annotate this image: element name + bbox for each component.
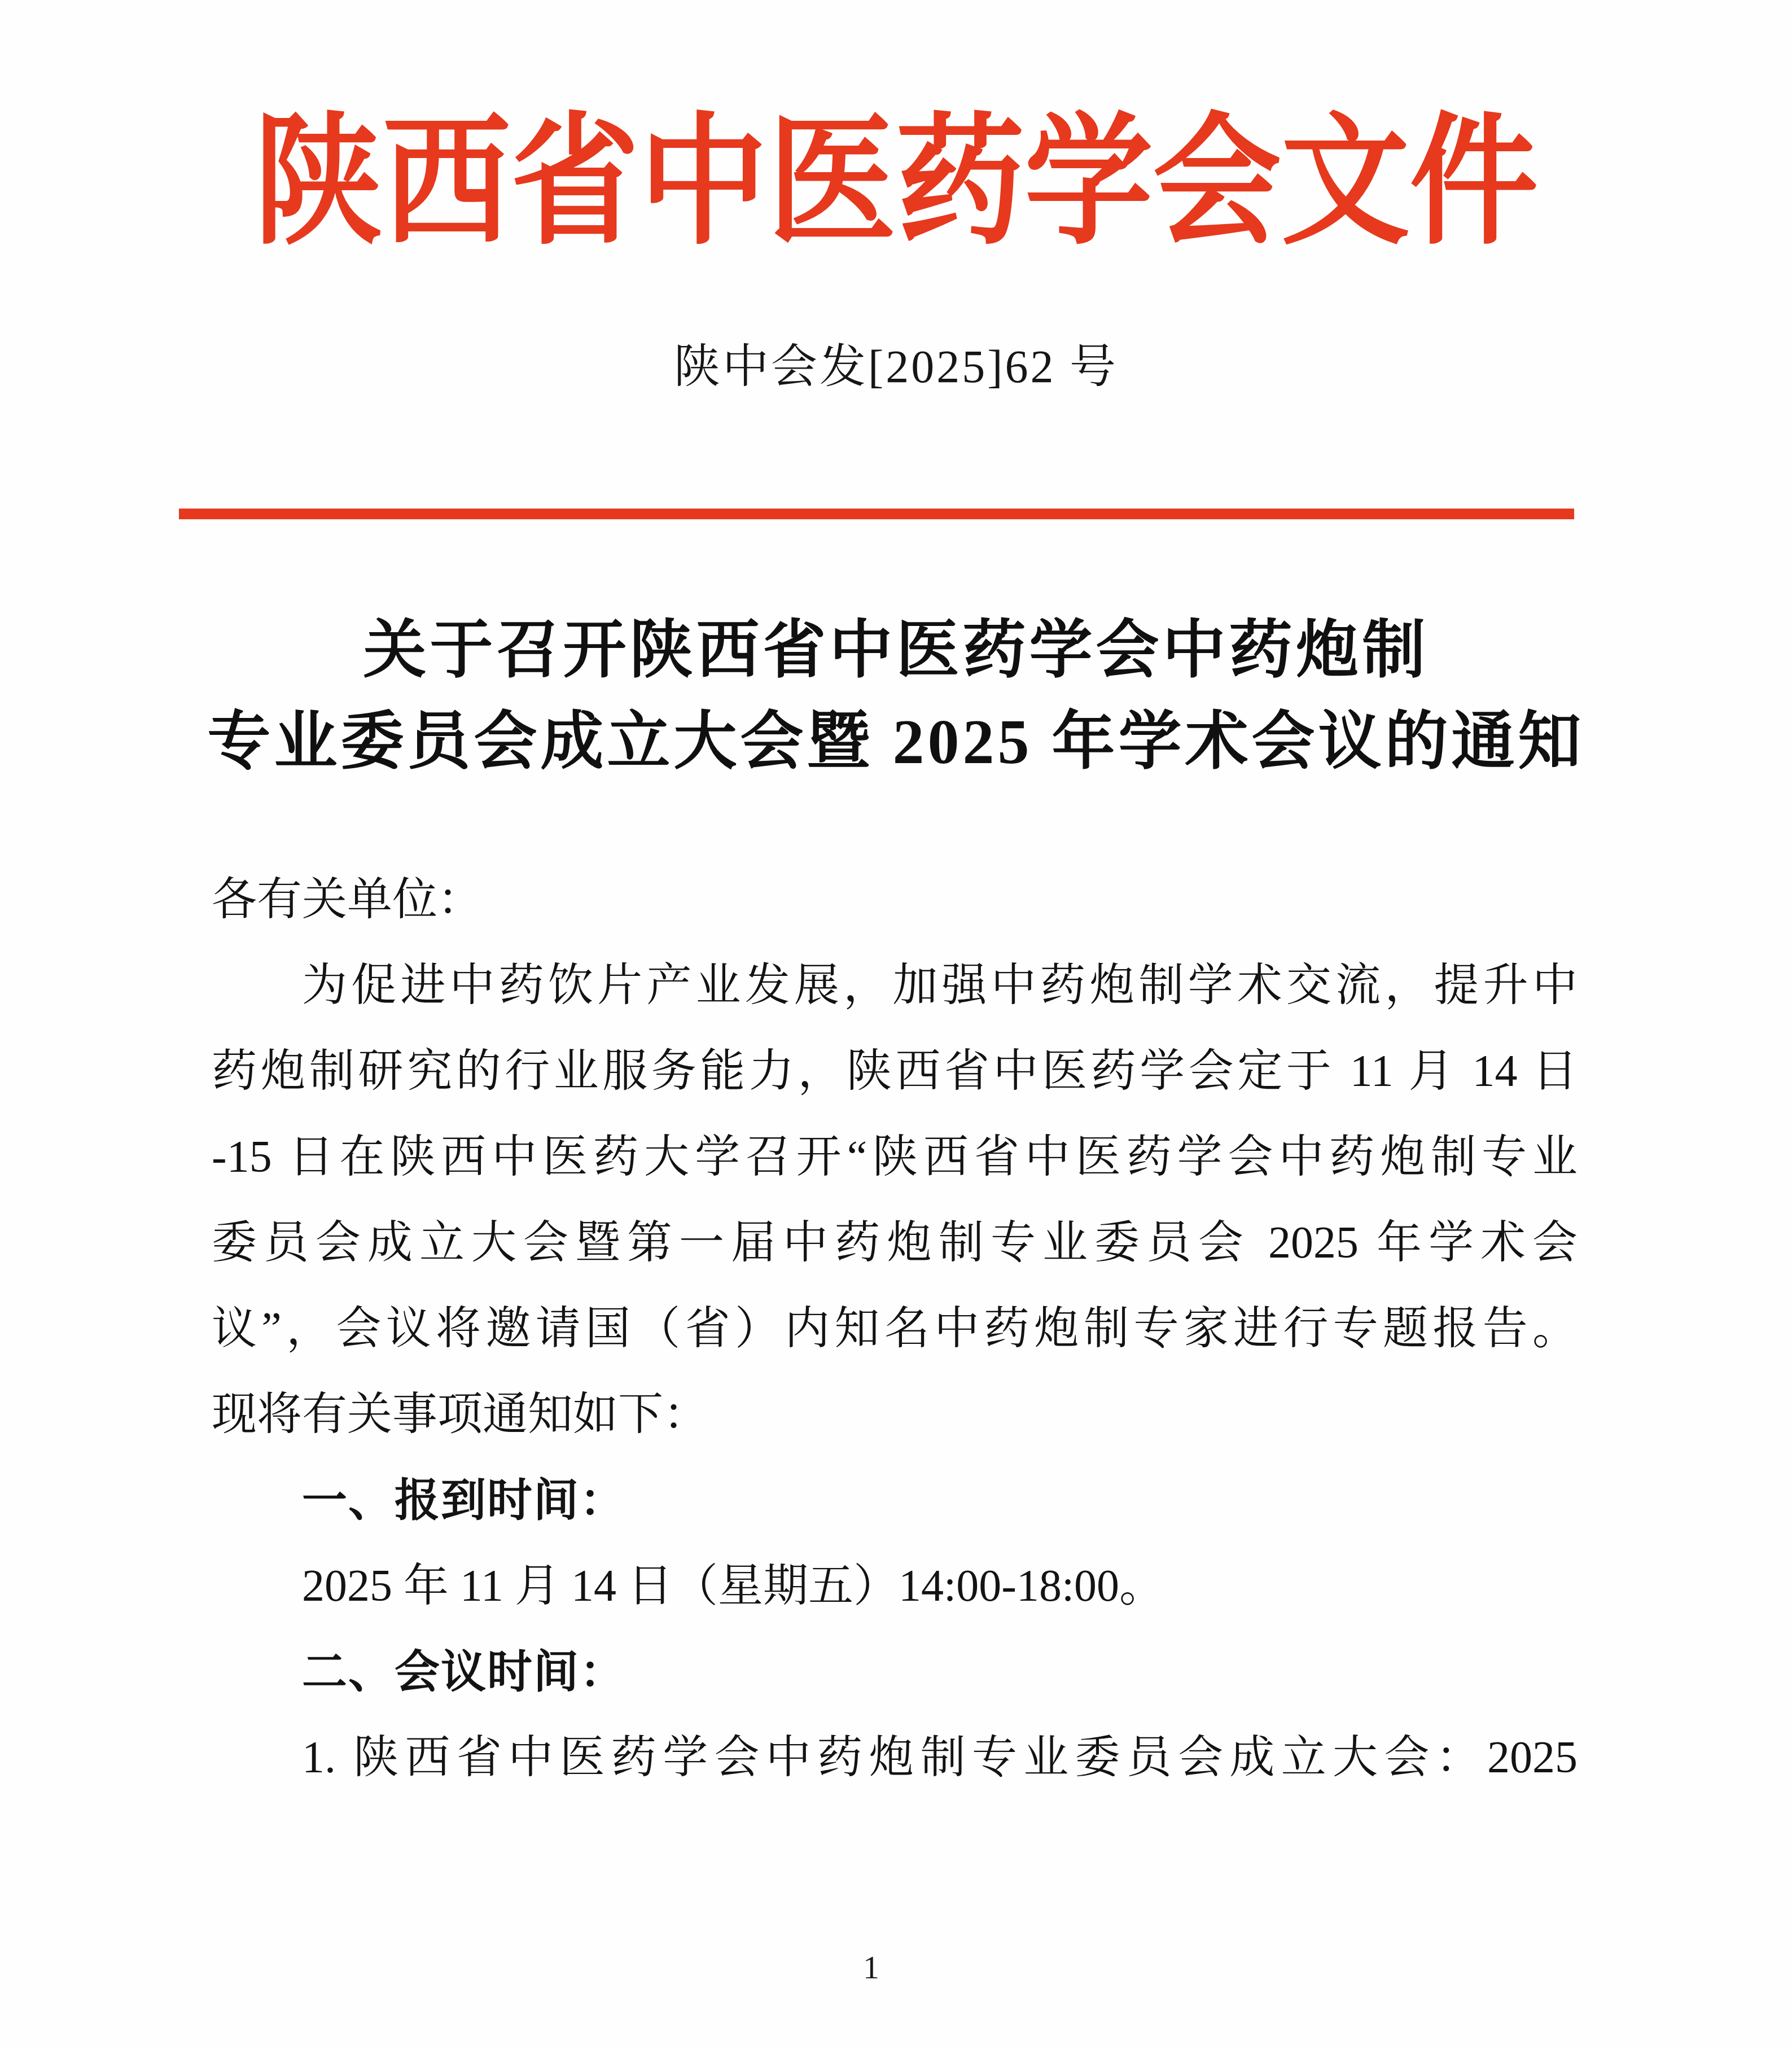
notice-title: 关于召开陕西省中医药学会中药炮制 专业委员会成立大会暨 2025 年学术会议的通… bbox=[0, 605, 1792, 788]
notice-title-line-2: 专业委员会成立大会暨 2025 年学术会议的通知 bbox=[0, 697, 1792, 788]
red-divider-line bbox=[179, 509, 1574, 519]
page-number: 1 bbox=[0, 1945, 1742, 1990]
paragraph-line-6: 现将有关事项通知如下： bbox=[212, 1372, 1578, 1457]
section-heading-report-time: 一、报到时间： bbox=[212, 1457, 1578, 1543]
report-time-value: 2025 年 11 月 14 日（星期五）14:00-18:00。 bbox=[212, 1543, 1578, 1629]
document-number: 陕中会发[2025]62 号 bbox=[0, 334, 1792, 399]
meeting-time-item-1: 1. 陕西省中医药学会中药炮制专业委员会成立大会：2025 bbox=[212, 1715, 1578, 1801]
paragraph-line-4: 委员会成立大会暨第一届中药炮制专业委员会 2025 年学术会 bbox=[212, 1200, 1578, 1286]
paragraph-line-3: -15 日在陕西中医药大学召开“陕西省中医药学会中药炮制专业 bbox=[212, 1114, 1578, 1200]
paragraph-line-1: 为促进中药饮片产业发展，加强中药炮制学术交流，提升中 bbox=[212, 943, 1578, 1028]
document-page: 陕西省中医药学会文件 陕中会发[2025]62 号 关于召开陕西省中医药学会中药… bbox=[0, 0, 1792, 2050]
notice-body: 各有关单位： 为促进中药饮片产业发展，加强中药炮制学术交流，提升中 药炮制研究的… bbox=[212, 857, 1578, 1801]
paragraph-line-5: 议”，会议将邀请国（省）内知名中药炮制专家进行专题报告。 bbox=[212, 1286, 1578, 1372]
salutation: 各有关单位： bbox=[212, 857, 1578, 943]
paragraph-line-2: 药炮制研究的行业服务能力，陕西省中医药学会定于 11 月 14 日 bbox=[212, 1028, 1578, 1114]
section-heading-meeting-time: 二、会议时间： bbox=[212, 1629, 1578, 1715]
notice-title-line-1: 关于召开陕西省中医药学会中药炮制 bbox=[0, 605, 1792, 697]
letterhead-title: 陕西省中医药学会文件 bbox=[81, 99, 1711, 268]
